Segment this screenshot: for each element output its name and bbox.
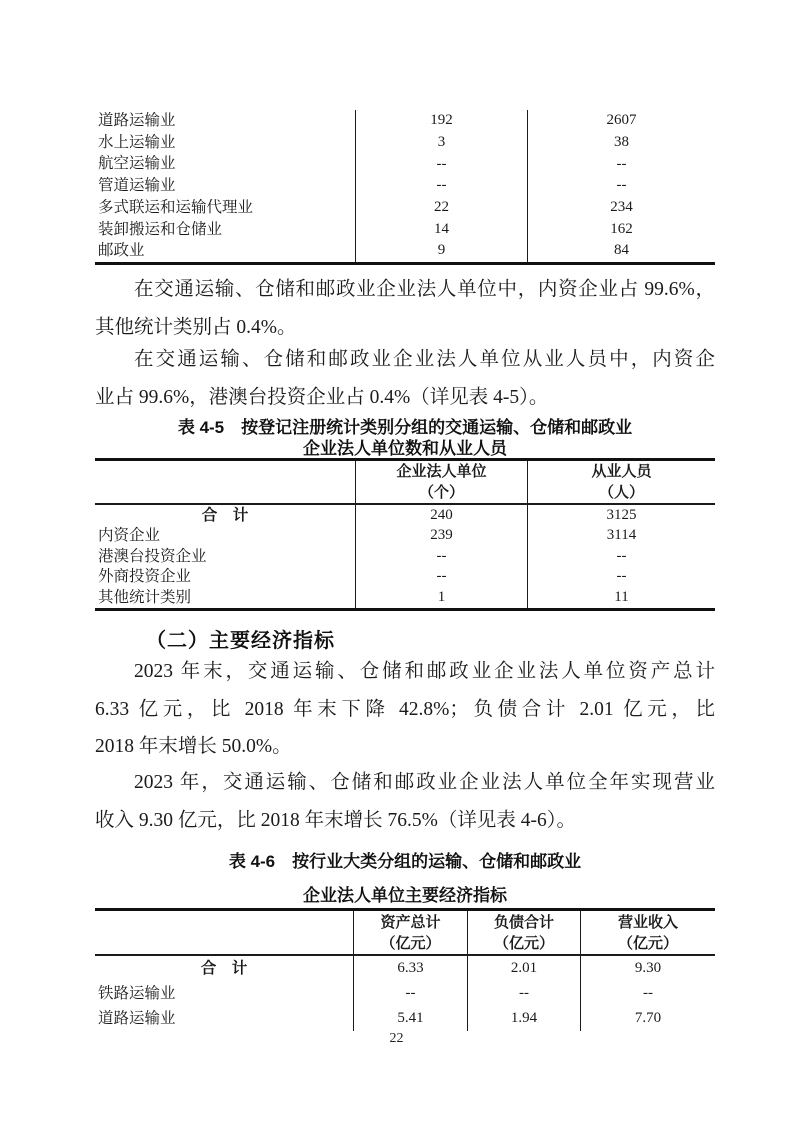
- cell-units: 22: [355, 197, 527, 219]
- paragraph-domestic-share: 在交通运输、仓储和邮政业企业法人单位中，内资企业占 99.6%， 其他统计类别占…: [95, 271, 715, 346]
- table-row: 水上运输业 3 38: [95, 132, 715, 154]
- table-row: 邮政业 9 84: [95, 240, 715, 262]
- table-4-5-title: 表 4-5 按登记注册统计类别分组的交通运输、仓储和邮政业 企业法人单位数和从业…: [95, 417, 715, 459]
- cell-value: 11: [527, 587, 715, 608]
- table-row: 港澳台投资企业 -- --: [95, 546, 715, 567]
- header-total-liabilities: 负债合计 （亿元）: [467, 911, 580, 954]
- cell-value: 6.33: [353, 956, 467, 981]
- table-4-5-title-line1: 表 4-5 按登记注册统计类别分组的交通运输、仓储和邮政业: [95, 417, 715, 438]
- cell-value: 240: [355, 505, 527, 526]
- cell-value: --: [355, 546, 527, 567]
- paragraph-staff-share: 在交通运输、仓储和邮政业企业法人单位从业人员中，内资企 业占 99.6%，港澳台…: [95, 341, 715, 416]
- row-label: 港澳台投资企业: [95, 546, 355, 567]
- row-label: 航空运输业: [95, 153, 355, 175]
- table-row: 道路运输业 192 2607: [95, 110, 715, 132]
- cell-value: --: [527, 546, 715, 567]
- header-line1: 营业收入: [618, 915, 678, 930]
- cell-value: --: [467, 981, 580, 1006]
- table-header-row: 资产总计 （亿元） 负债合计 （亿元） 营业收入 （亿元）: [95, 911, 715, 956]
- table-row: 铁路运输业 -- -- --: [95, 981, 715, 1006]
- cell-staff: --: [527, 175, 715, 197]
- cell-value: 5.41: [353, 1006, 467, 1031]
- paragraph-assets: 2023 年末，交通运输、仓储和邮政业企业法人单位资产总计 6.33 亿元，比 …: [95, 653, 715, 766]
- header-employees: 从业人员 （人）: [527, 461, 715, 503]
- row-label: 邮政业: [95, 240, 355, 262]
- cell-units: 14: [355, 218, 527, 240]
- header-line1: 负债合计: [494, 915, 554, 930]
- cell-value: 239: [355, 526, 527, 547]
- row-label: 多式联运和运输代理业: [95, 197, 355, 219]
- cell-value: 7.70: [580, 1006, 715, 1031]
- table-row: 外商投资企业 -- --: [95, 567, 715, 588]
- table-row-total: 合 计 240 3125: [95, 505, 715, 526]
- paragraph-line: 2023 年，交通运输、仓储和邮政业企业法人单位全年实现营业: [95, 764, 715, 802]
- row-label: 铁路运输业: [95, 981, 353, 1006]
- cell-value: --: [580, 981, 715, 1006]
- row-label: 其他统计类别: [95, 587, 355, 608]
- header-line2: （亿元）: [380, 936, 440, 951]
- table-row: 多式联运和运输代理业 22 234: [95, 197, 715, 219]
- header-operating-revenue: 营业收入 （亿元）: [580, 911, 715, 954]
- paragraph-line: 在交通运输、仓储和邮政业企业法人单位从业人员中，内资企: [95, 341, 715, 379]
- cell-value: 2.01: [467, 956, 580, 981]
- table-4-6-title-line1: 表 4-6 按行业大类分组的运输、仓储和邮政业: [95, 851, 715, 872]
- table-row: 装卸搬运和仓储业 14 162: [95, 218, 715, 240]
- header-empty: [95, 461, 355, 503]
- cell-value: 9.30: [580, 956, 715, 981]
- table-row: 其他统计类别 1 11: [95, 587, 715, 608]
- cell-units: 3: [355, 132, 527, 154]
- header-line2: （人）: [599, 485, 644, 500]
- row-label: 道路运输业: [95, 110, 355, 132]
- paragraph-line: 业占 99.6%，港澳台投资企业占 0.4%（详见表 4-5）。: [95, 379, 715, 417]
- header-line1: 企业法人单位: [396, 464, 486, 479]
- paragraph-line: 2023 年末，交通运输、仓储和邮政业企业法人单位资产总计: [95, 653, 715, 691]
- row-label: 内资企业: [95, 526, 355, 547]
- row-label: 水上运输业: [95, 132, 355, 154]
- page-number: 22: [0, 1031, 793, 1047]
- table-row-total: 合 计 6.33 2.01 9.30: [95, 956, 715, 981]
- row-label: 装卸搬运和仓储业: [95, 218, 355, 240]
- cell-staff: 38: [527, 132, 715, 154]
- cell-value: 1: [355, 587, 527, 608]
- header-line2: （亿元）: [618, 936, 678, 951]
- paragraph-line: 收入 9.30 亿元，比 2018 年末增长 76.5%（详见表 4-6）。: [95, 802, 715, 840]
- paragraph-line: 6.33 亿元，比 2018 年末下降 42.8%；负债合计 2.01 亿元，比: [95, 691, 715, 729]
- paragraph-line: 在交通运输、仓储和邮政业企业法人单位中，内资企业占 99.6%，: [95, 271, 715, 309]
- table-row: 航空运输业 -- --: [95, 153, 715, 175]
- cell-value: 3125: [527, 505, 715, 526]
- cell-value: --: [355, 567, 527, 588]
- table-4-6: 资产总计 （亿元） 负债合计 （亿元） 营业收入 （亿元） 合 计 6.33 2…: [95, 908, 715, 1031]
- cell-value: 3114: [527, 526, 715, 547]
- header-line1: 资产总计: [380, 915, 440, 930]
- cell-staff: 234: [527, 197, 715, 219]
- cell-staff: --: [527, 153, 715, 175]
- section-heading: （二）主要经济指标: [146, 624, 335, 653]
- header-line2: （亿元）: [494, 936, 554, 951]
- table-row: 道路运输业 5.41 1.94 7.70: [95, 1006, 715, 1031]
- table-header-row: 企业法人单位 （个） 从业人员 （人）: [95, 461, 715, 505]
- header-empty: [95, 911, 353, 954]
- cell-units: 192: [355, 110, 527, 132]
- cell-units: --: [355, 175, 527, 197]
- header-total-assets: 资产总计 （亿元）: [353, 911, 467, 954]
- document-page: 道路运输业 192 2607 水上运输业 3 38 航空运输业 -- -- 管道…: [0, 0, 793, 1122]
- row-label: 道路运输业: [95, 1006, 353, 1031]
- cell-staff: 84: [527, 240, 715, 262]
- header-line1: 从业人员: [591, 464, 651, 479]
- table-row: 管道运输业 -- --: [95, 175, 715, 197]
- paragraph-line: 2018 年末增长 50.0%。: [95, 728, 715, 766]
- header-line2: （个）: [419, 485, 464, 500]
- row-label: 外商投资企业: [95, 567, 355, 588]
- table-4-5: 企业法人单位 （个） 从业人员 （人） 合 计 240 3125 内资企业 23…: [95, 458, 715, 611]
- table-4-6-title-line2: 企业法人单位主要经济指标: [95, 885, 715, 906]
- cell-staff: 162: [527, 218, 715, 240]
- cell-value: --: [353, 981, 467, 1006]
- paragraph-revenue: 2023 年，交通运输、仓储和邮政业企业法人单位全年实现营业 收入 9.30 亿…: [95, 764, 715, 839]
- cell-units: --: [355, 153, 527, 175]
- cell-units: 9: [355, 240, 527, 262]
- cell-staff: 2607: [527, 110, 715, 132]
- cell-value: --: [527, 567, 715, 588]
- header-legal-units: 企业法人单位 （个）: [355, 461, 527, 503]
- row-label: 合 计: [95, 505, 355, 526]
- table-industry-continued: 道路运输业 192 2607 水上运输业 3 38 航空运输业 -- -- 管道…: [95, 110, 715, 265]
- table-row: 内资企业 239 3114: [95, 526, 715, 547]
- table-4-5-title-line2: 企业法人单位数和从业人员: [95, 438, 715, 459]
- row-label: 合 计: [95, 956, 353, 981]
- cell-value: 1.94: [467, 1006, 580, 1031]
- row-label: 管道运输业: [95, 175, 355, 197]
